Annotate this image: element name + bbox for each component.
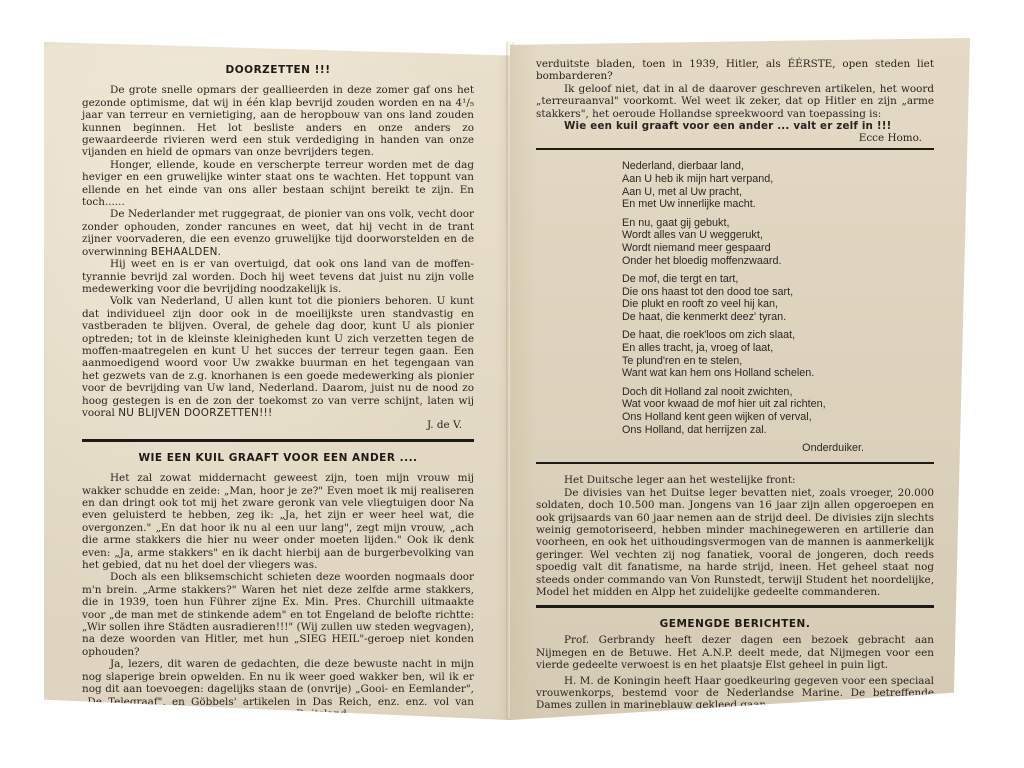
poem-stanza: De mof, die tergt en tart,Die ons haast … — [622, 273, 934, 323]
article-title-kuil: WIE EEN KUIL GRAAFT VOOR EEN ANDER .... — [82, 452, 474, 464]
poem-line: Aan U heb ik mijn hart verpand, — [622, 173, 934, 186]
paragraph-text: Volk van Nederland, U allen kunt tot die… — [82, 295, 474, 419]
poem-line: Die plukt en rooft zo veel hij kan, — [622, 298, 934, 311]
poem: Nederland, dierbaar land,Aan U heb ik mi… — [622, 160, 934, 454]
right-column: verduitste bladen, toen in 1939, Hitler,… — [536, 58, 934, 712]
poem-line: En nu, gaat gij gebukt, — [622, 217, 934, 230]
poem-line: Want wat kan hem ons Holland schelen. — [622, 367, 934, 380]
paragraph: H. M. de Koningin heeft Haar goedkeuring… — [536, 675, 934, 712]
emphasis-closing: NU BLIJVEN DOORZETTEN!!! — [118, 407, 272, 419]
paragraph: verduitste bladen, toen in 1939, Hitler,… — [536, 58, 934, 83]
moral-line: Wie een kuil graaft voor een ander ... v… — [536, 120, 934, 132]
section-divider — [536, 605, 934, 608]
paragraph: Prof. Gerbrandy heeft dezer dagen een be… — [536, 634, 934, 671]
poem-stanza: Doch dit Holland zal nooit zwichten,Wat … — [622, 386, 934, 436]
paragraph: Honger, ellende, koude en verscherpte te… — [82, 159, 474, 209]
paragraph-text: De Nederlander met ruggegraat, de pionie… — [82, 208, 474, 257]
paragraph: Ja, lezers, dit waren de gedachten, die … — [82, 658, 474, 720]
poem-line: De mof, die tergt en tart, — [622, 273, 934, 286]
article-title-doorzetten: DOORZETTEN !!! — [82, 64, 474, 76]
poem-line: Wat voor kwaad de mof hier uit zal richt… — [622, 398, 934, 411]
signature-ecce-homo: Ecce Homo. — [536, 132, 934, 144]
poem-line: En alles tracht, ja, vroeg of laat, — [622, 342, 934, 355]
left-page: DOORZETTEN !!! De grote snelle opmars de… — [44, 42, 510, 720]
poem-line: Ons Holland, dat herrijzen zal. — [622, 424, 934, 437]
signature-jdev: J. de V. — [82, 419, 474, 431]
paragraph: Doch als een bliksemschicht schieten dez… — [82, 571, 474, 658]
signature-onderduiker: Onderduiker. — [622, 442, 864, 455]
front-report-heading: Het Duitsche leger aan het westelijke fr… — [536, 474, 934, 486]
misc-title: GEMENGDE BERICHTEN. — [536, 618, 934, 630]
poem-line: De haat, die kenmerkt deez' tyran. — [622, 311, 934, 324]
paragraph: Volk van Nederland, U allen kunt tot die… — [82, 295, 474, 419]
poem-line: Doch dit Holland zal nooit zwichten, — [622, 386, 934, 399]
section-divider — [82, 439, 474, 442]
poem-stanza: En nu, gaat gij gebukt,Wordt alles van U… — [622, 217, 934, 267]
poem-line: Wordt alles van U weggerukt, — [622, 229, 934, 242]
poem-line: Te plund'ren en te stelen, — [622, 355, 934, 368]
emphasis-behaalden: BEHAALDEN. — [151, 246, 221, 258]
paragraph: De Nederlander met ruggegraat, de pionie… — [82, 208, 474, 258]
poem-line: Die ons haast tot den dood toe sart, — [622, 286, 934, 299]
paragraph: Maar..... hoe betitelen deze bladen de D… — [82, 720, 474, 757]
paragraph: De grote snelle opmars der geallieerden … — [82, 84, 474, 158]
poem-line: Wordt niemand meer gespaard — [622, 242, 934, 255]
section-divider — [536, 148, 934, 151]
section-divider — [536, 462, 934, 465]
paragraph: Ik geloof niet, dat in al de daarover ge… — [536, 83, 934, 120]
poem-line: Aan U, met al Uw pracht, — [622, 186, 934, 199]
poem-line: De haat, die roek'loos om zich slaat, — [622, 329, 934, 342]
poem-line: Nederland, dierbaar land, — [622, 160, 934, 173]
paragraph: Hij weet en is er van overtuigd, dat ook… — [82, 258, 474, 295]
poem-line: Ons Holland kent geen wijken of verval, — [622, 411, 934, 424]
poem-line: En met Uw innerlijke macht. — [622, 198, 934, 211]
left-column: DOORZETTEN !!! De grote snelle opmars de… — [82, 64, 474, 758]
paragraph: Het zal zowat middernacht geweest zijn, … — [82, 472, 474, 571]
front-report-body: De divisies van het Duitse leger bevatte… — [536, 487, 934, 599]
poem-line: Onder het bloedig moffenzwaard. — [622, 255, 934, 268]
poem-stanza: Nederland, dierbaar land,Aan U heb ik mi… — [622, 160, 934, 210]
right-page: verduitste bladen, toen in 1939, Hitler,… — [510, 38, 970, 720]
poem-stanza: De haat, die roek'loos om zich slaat,En … — [622, 329, 934, 379]
